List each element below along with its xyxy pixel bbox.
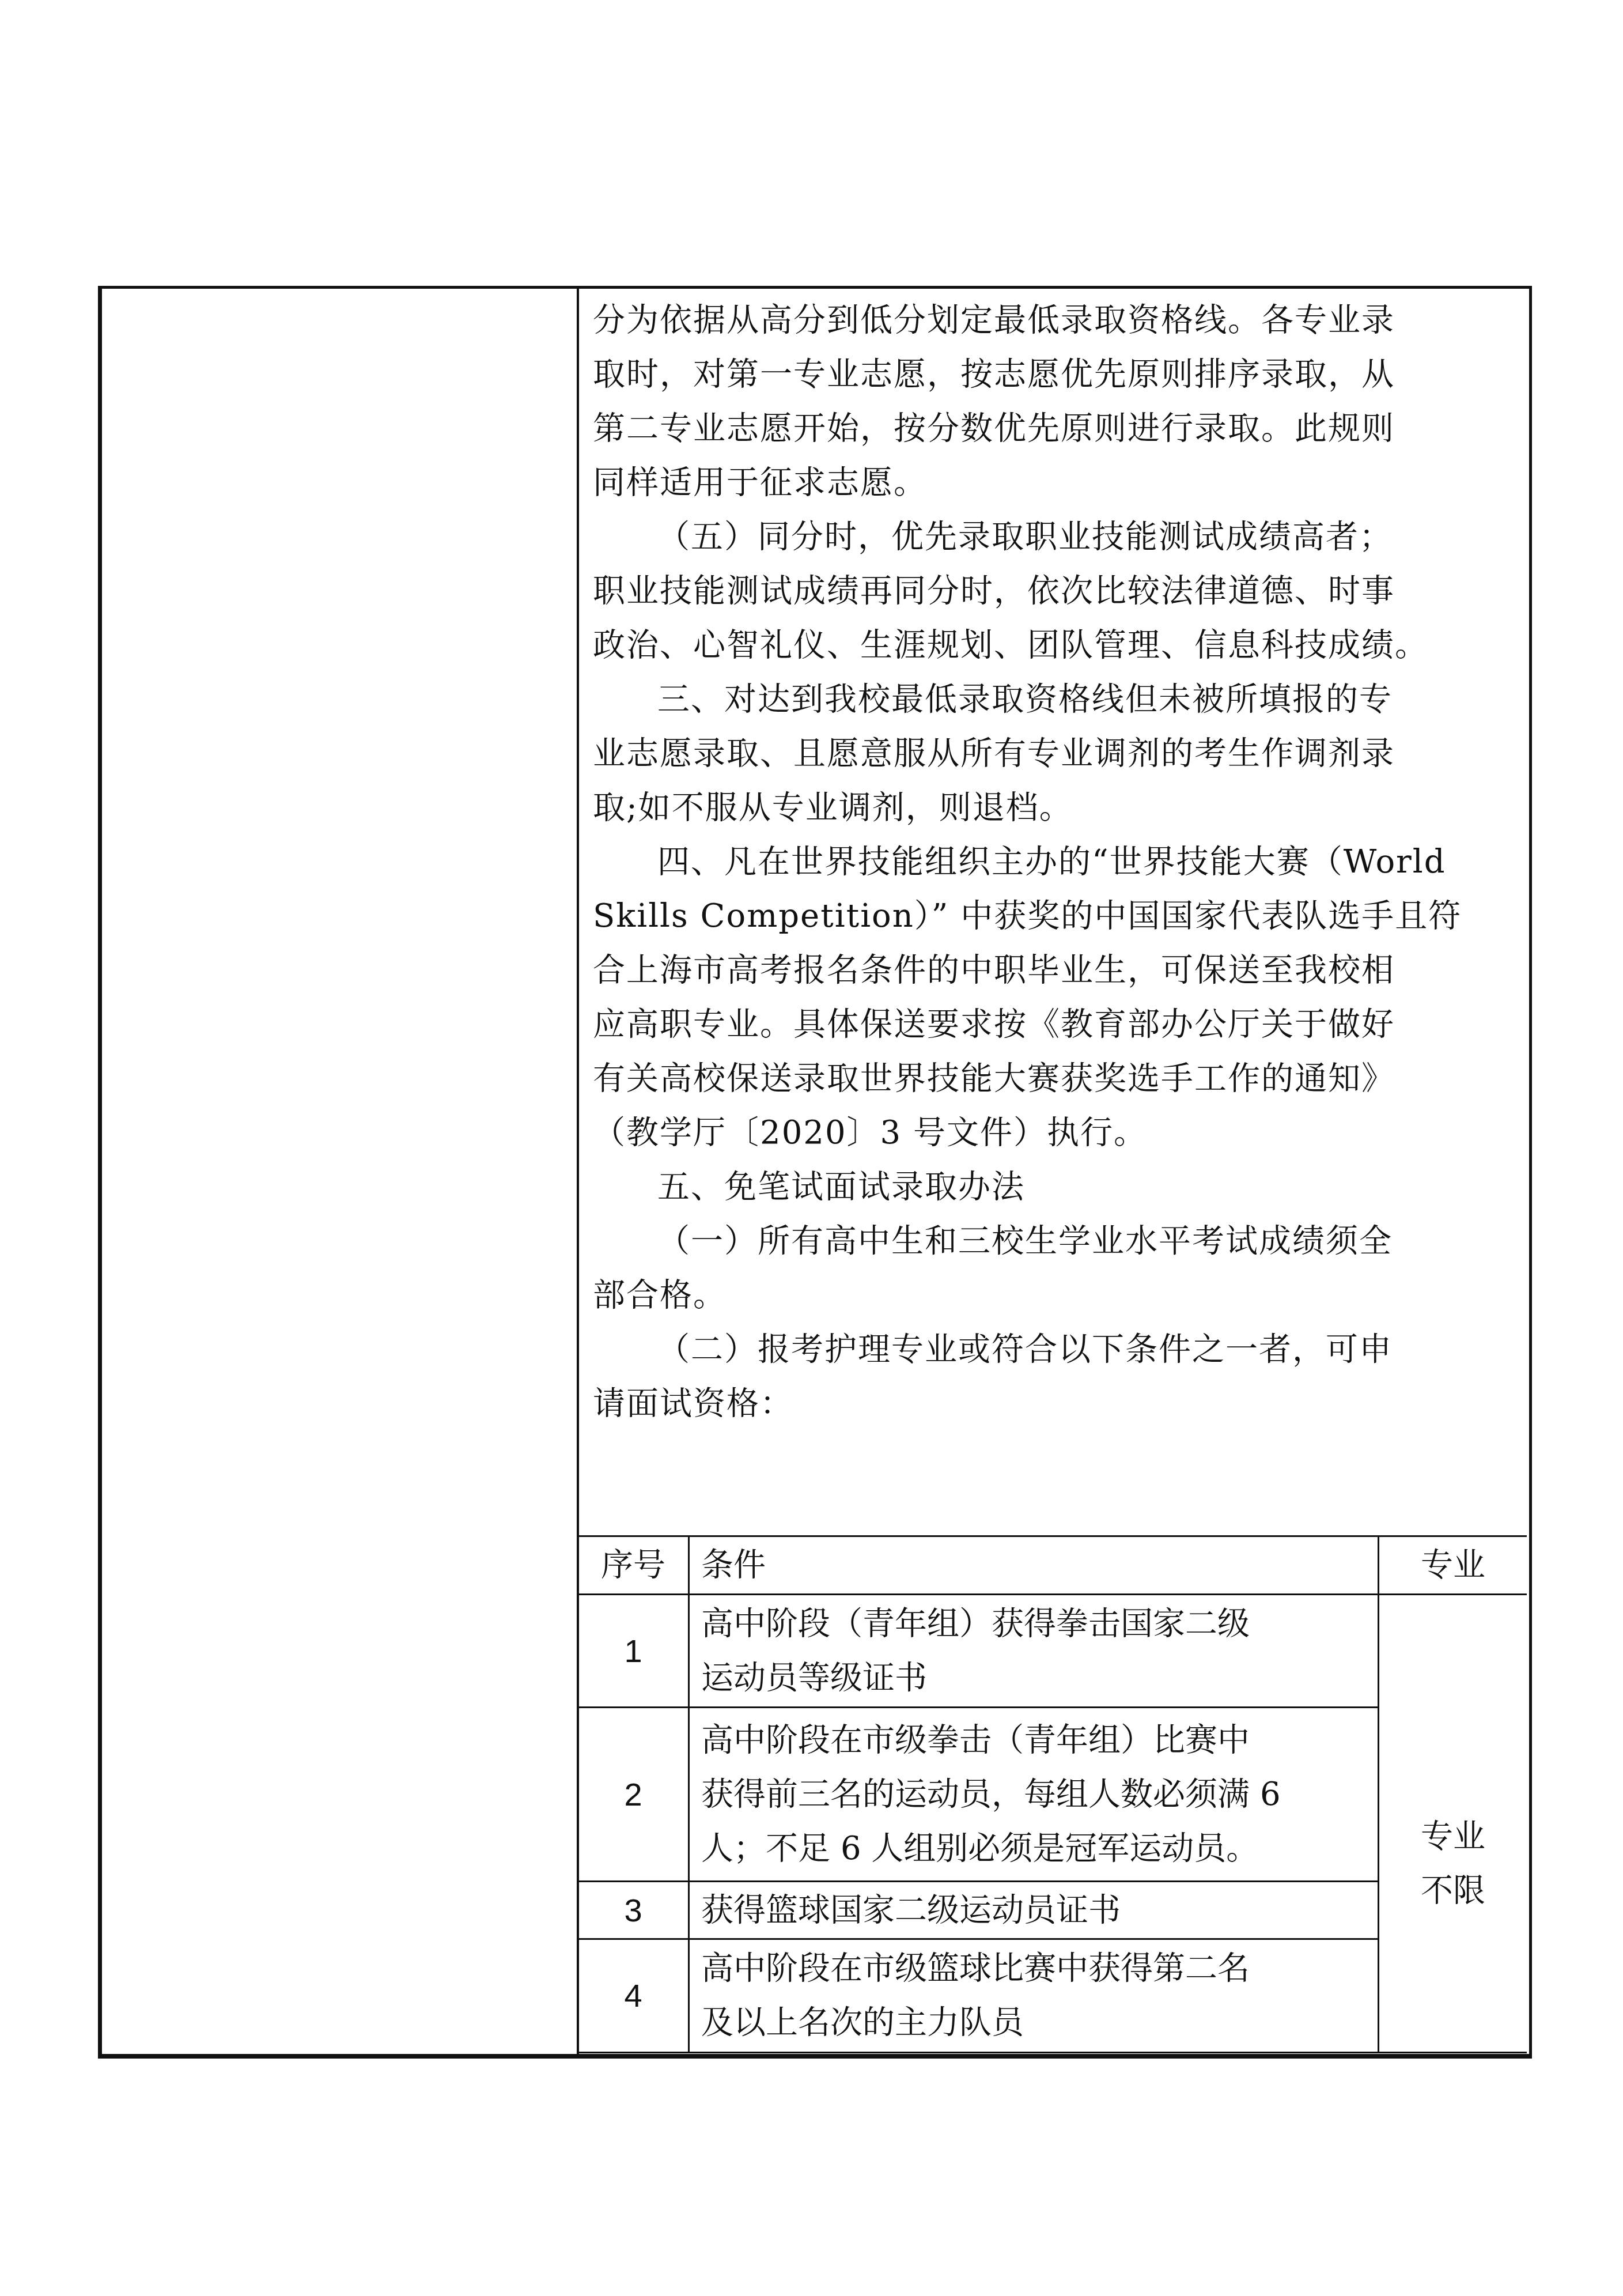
row-index: 1 xyxy=(578,1595,689,1708)
text-line: 职业技能测试成绩再同分时，依次比较法律道德、时事 xyxy=(593,564,1518,618)
text-line: 政治、心智礼仪、生涯规划、团队管理、信息科技成绩。 xyxy=(593,618,1518,673)
paragraph-admission-rule: 分为依据从高分到低分划定最低录取资格线。各专业录 取时，对第一专业志愿，按志愿优… xyxy=(593,293,1518,510)
text-line: 不限 xyxy=(1385,1864,1521,1918)
row-condition: 获得篮球国家二级运动员证书 xyxy=(689,1882,1379,1939)
text-line: （教学厅〔2020〕3 号文件）执行。 xyxy=(593,1106,1518,1160)
text-line: 合上海市高考报名条件的中职毕业生，可保送至我校相 xyxy=(593,943,1518,998)
right-content-cell: 分为依据从高分到低分划定最低录取资格线。各专业录 取时，对第一专业志愿，按志愿优… xyxy=(579,289,1529,2054)
text-line: 专业 xyxy=(1385,1810,1521,1864)
text-line: 部合格。 xyxy=(593,1268,1518,1323)
text-line: 应高职专业。具体保送要求按《教育部办公厅关于做好 xyxy=(593,998,1518,1052)
header-major: 专业 xyxy=(1378,1536,1527,1595)
text-line: 请面试资格： xyxy=(593,1377,1518,1431)
section-heading-interview: 五、免笔试面试录取办法 xyxy=(593,1160,1518,1214)
text-line: 获得前三名的运动员，每组人数必须满 6 xyxy=(701,1768,1366,1822)
text-line: 及以上名次的主力队员 xyxy=(701,1996,1366,2050)
text-line: 运动员等级证书 xyxy=(701,1651,1366,1705)
text-line: 取时，对第一专业志愿，按志愿优先原则排序录取，从 xyxy=(593,348,1518,402)
row-index: 3 xyxy=(578,1882,689,1939)
row-condition: 高中阶段（青年组）获得拳击国家二级 运动员等级证书 xyxy=(689,1595,1379,1708)
table-row: 1 高中阶段（青年组）获得拳击国家二级 运动员等级证书 专业 不限 xyxy=(578,1595,1527,1708)
paragraph-worldskills: 四、凡在世界技能组织主办的“世界技能大赛（World Skills Compet… xyxy=(593,835,1518,1160)
text-line: 高中阶段在市级拳击（青年组）比赛中 xyxy=(701,1713,1366,1768)
conditions-table: 序号 条件 专业 1 高中阶段（青年组）获得拳击国家二级 运动员等级证书 专业 … xyxy=(577,1535,1527,2053)
text-line: 高中阶段（青年组）获得拳击国家二级 xyxy=(701,1597,1366,1651)
text-line: （一）所有高中生和三校生学业水平考试成绩须全 xyxy=(593,1214,1518,1268)
text-line: 四、凡在世界技能组织主办的“世界技能大赛（World xyxy=(593,835,1518,889)
header-condition: 条件 xyxy=(689,1536,1379,1595)
header-index: 序号 xyxy=(578,1536,689,1595)
text-line: 取;如不服从专业调剂，则退档。 xyxy=(593,781,1518,835)
paragraph-tie-break: （五）同分时，优先录取职业技能测试成绩高者； 职业技能测试成绩再同分时，依次比较… xyxy=(593,510,1518,673)
text-line: 同样适用于征求志愿。 xyxy=(593,456,1518,510)
row-index: 4 xyxy=(578,1939,689,2053)
text-line: 高中阶段在市级篮球比赛中获得第二名 xyxy=(701,1942,1366,1996)
text-line: Skills Competition）” 中获奖的中国国家代表队选手且符 xyxy=(593,889,1518,943)
major-merged-cell: 专业 不限 xyxy=(1378,1595,1527,2053)
row-index: 2 xyxy=(578,1708,689,1882)
text-line: 第二专业志愿开始，按分数优先原则进行录取。此规则 xyxy=(593,402,1518,456)
text-line: 五、免笔试面试录取办法 xyxy=(593,1160,1518,1214)
text-line: 业志愿录取、且愿意服从所有专业调剂的考生作调剂录 xyxy=(593,727,1518,781)
text-line: 获得篮球国家二级运动员证书 xyxy=(701,1883,1366,1938)
paragraph-interview-eligibility: （二）报考护理专业或符合以下条件之一者，可申 请面试资格： xyxy=(593,1323,1518,1431)
left-empty-cell xyxy=(102,289,579,2054)
paragraph-academic-requirement: （一）所有高中生和三校生学业水平考试成绩须全 部合格。 xyxy=(593,1214,1518,1323)
text-line: 三、对达到我校最低录取资格线但未被所填报的专 xyxy=(593,673,1518,727)
text-line: （五）同分时，优先录取职业技能测试成绩高者； xyxy=(593,510,1518,564)
text-line: 分为依据从高分到低分划定最低录取资格线。各专业录 xyxy=(593,293,1518,348)
row-condition: 高中阶段在市级篮球比赛中获得第二名 及以上名次的主力队员 xyxy=(689,1939,1379,2053)
document-frame-table: 分为依据从高分到低分划定最低录取资格线。各专业录 取时，对第一专业志愿，按志愿优… xyxy=(98,286,1532,2059)
paragraph-adjustment: 三、对达到我校最低录取资格线但未被所填报的专 业志愿录取、且愿意服从所有专业调剂… xyxy=(593,673,1518,835)
text-line: 有关高校保送录取世界技能大赛获奖选手工作的通知》 xyxy=(593,1052,1518,1106)
row-condition: 高中阶段在市级拳击（青年组）比赛中 获得前三名的运动员，每组人数必须满 6 人；… xyxy=(689,1708,1379,1882)
text-line: 人；不足 6 人组别必须是冠军运动员。 xyxy=(701,1822,1366,1876)
text-line: （二）报考护理专业或符合以下条件之一者，可申 xyxy=(593,1323,1518,1377)
table-header-row: 序号 条件 专业 xyxy=(578,1536,1527,1595)
